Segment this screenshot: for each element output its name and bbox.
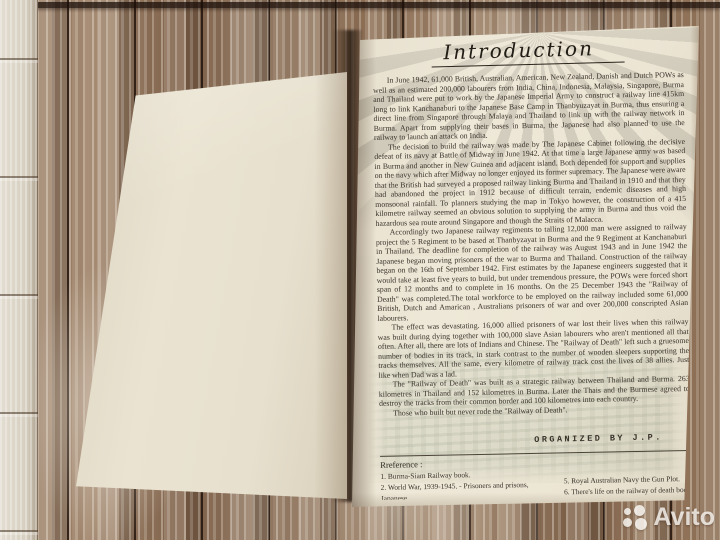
white-shelf-edge [0, 0, 38, 540]
reference-list-right: 5. Royal Australian Navy the Gun Plot. 6… [564, 474, 692, 500]
reference-list-left: 1. Burma-Siam Railway book. 2. World War… [380, 469, 558, 500]
printed-right-page: Introduction In June 1942, 61,000 Britis… [352, 24, 699, 507]
reference-item: 7. www.WWII [564, 496, 692, 500]
intro-paragraph-2: The decision to build the railway was ma… [374, 137, 687, 228]
page-title-text: Introduction [431, 35, 624, 67]
intro-paragraph-4: The effect was devastating. 16,000 allie… [377, 317, 689, 380]
wood-top-gap [0, 2, 720, 8]
reference-columns: 1. Burma-Siam Railway book. 2. World War… [380, 466, 691, 500]
avito-watermark-label: Avito [653, 503, 715, 532]
organized-by-credit: ORGANIZED BY J.P. [380, 433, 663, 449]
avito-dots-icon [623, 505, 649, 531]
intro-paragraph-1: In June 1942, 61,000 British, Australian… [373, 70, 685, 142]
page-content: Introduction In June 1942, 61,000 Britis… [372, 33, 692, 500]
reference-item: 2. World War, 1939-1945. - Prisoners and… [381, 480, 559, 500]
reference-item: 6. There's life on the railway of death … [564, 485, 692, 498]
page-title: Introduction [372, 35, 683, 68]
intro-paragraph-3: Accordingly two Japanese railway regimen… [376, 222, 689, 323]
avito-watermark: Avito [623, 503, 715, 532]
